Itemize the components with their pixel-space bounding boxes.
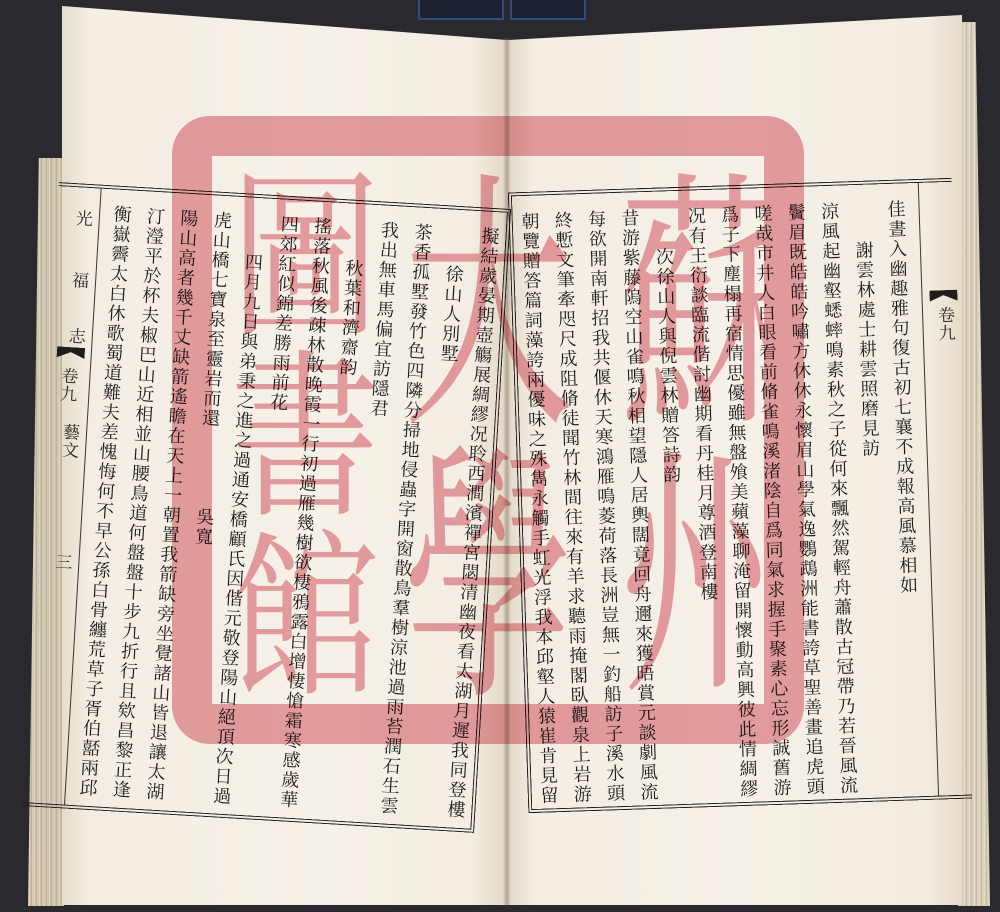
library-seal-stamp: 蘇州 大學 圖書館 [172, 116, 804, 744]
book-clasp-right [510, 0, 586, 20]
book-title-char: 志 [62, 327, 88, 346]
seal-column-middle: 大學 [388, 162, 558, 706]
book-clasp-left [418, 0, 504, 20]
seal-column-right: 蘇州 [604, 162, 784, 702]
fishtail-mark-icon [929, 290, 957, 302]
book-title-char: 福 [66, 271, 92, 290]
poem-title: 謝雲林處士耕雲照磨見訪 [852, 240, 880, 458]
column-text: 佳晝入幽趣雅句復古初七襄不成報高風慕相如 [884, 199, 918, 595]
book-title-char: 光 [69, 209, 95, 228]
section-label: 藝文 [56, 422, 83, 459]
fishtail-mark-icon [57, 346, 86, 359]
volume-label: 卷九 [54, 366, 81, 403]
page-number: 三 [49, 552, 75, 571]
seal-column-left: 圖書館 [216, 162, 366, 702]
volume-label: 卷九 [932, 306, 958, 343]
